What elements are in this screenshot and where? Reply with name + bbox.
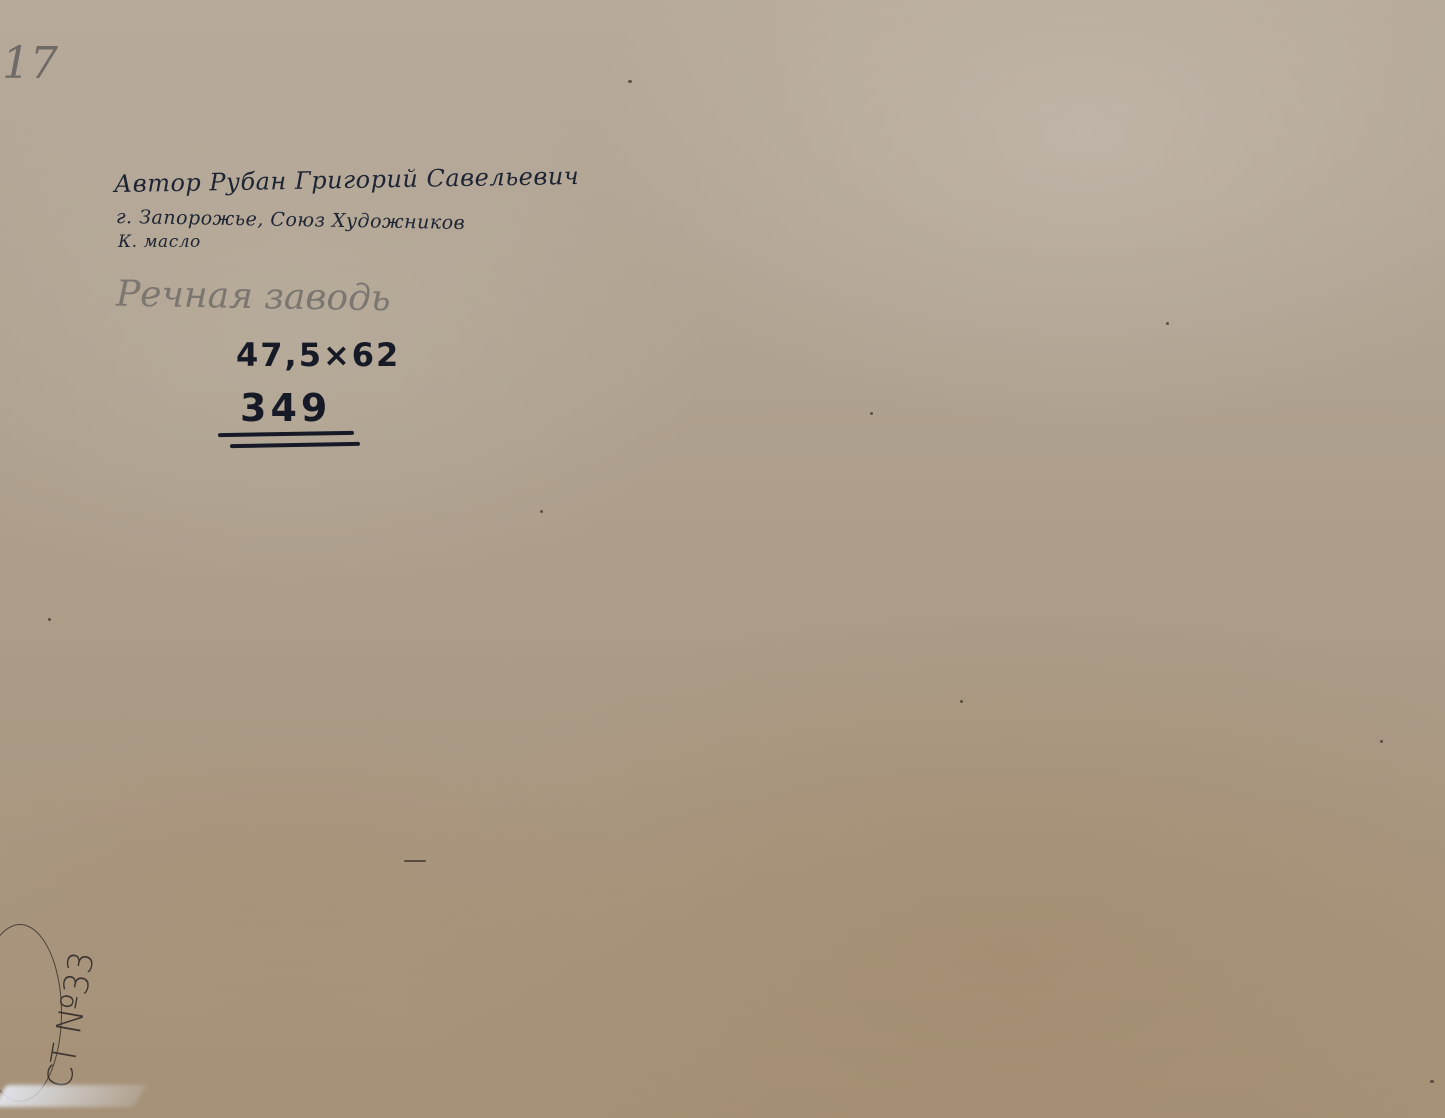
painting-title: Речная заводь [116, 274, 391, 320]
scratch-mark [0, 1085, 146, 1107]
speck [404, 860, 426, 862]
inventory-number: 349 [240, 386, 331, 430]
speck [48, 618, 51, 621]
speck [1166, 322, 1169, 325]
speck [1430, 1080, 1434, 1083]
speck [870, 412, 873, 415]
speck [960, 700, 963, 703]
corner-number: 17 [2, 38, 58, 89]
speck [628, 80, 632, 83]
dimensions: 47,5×62 [236, 336, 400, 374]
speck [1380, 740, 1383, 743]
speck [540, 510, 543, 513]
medium-line: К. масло [118, 232, 201, 252]
